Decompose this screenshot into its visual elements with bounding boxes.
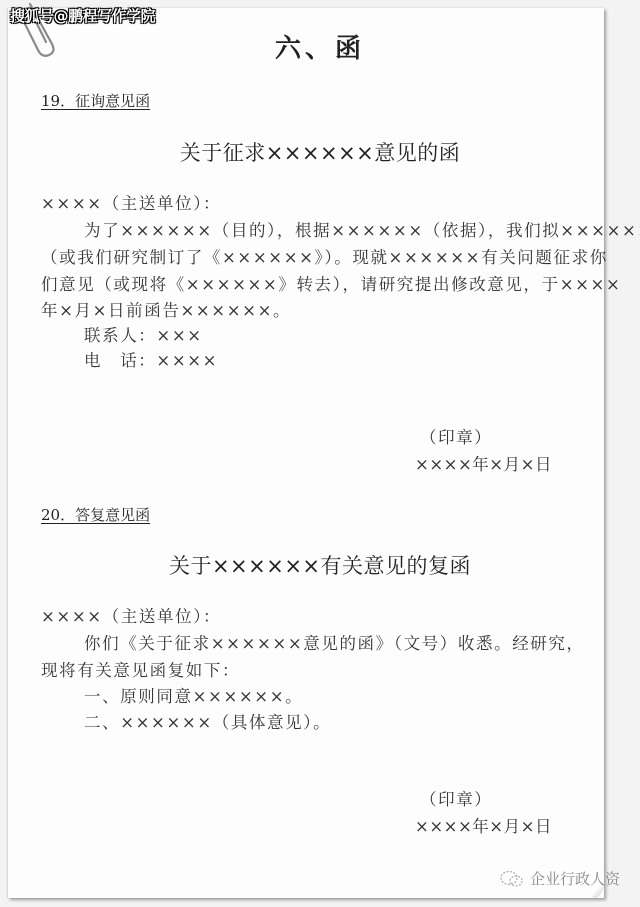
- section-heading-20: 20．答复意见函: [41, 504, 150, 525]
- salutation-19: ××××（主送单位）：: [41, 190, 221, 214]
- body-line: 为了××××××（目的），根据××××××（依据），我们拟××××××: [84, 217, 640, 241]
- body-line: 现将有关意见函复如下：: [41, 657, 240, 681]
- body-line: 们意见（或现将《××××××》转去），请研究提出修改意见，于××××: [41, 271, 621, 295]
- seal-20: （印章）: [420, 786, 492, 810]
- body-line: 年×月×日前函告××××××。: [41, 297, 291, 321]
- section-heading-19: 19．征询意见函: [41, 90, 150, 111]
- letter-title-20: 关于××××××有关意见的复函: [0, 550, 640, 580]
- date-20: ××××年×月×日: [415, 813, 552, 837]
- contact-person: 联系人：×××: [84, 322, 203, 346]
- date-19: ××××年×月×日: [415, 451, 552, 475]
- chapter-title: 六、函: [0, 28, 640, 65]
- body-line: 你们《关于征求××××××意见的函》（文号）收悉。经研究，: [84, 630, 585, 654]
- salutation-20: ××××（主送单位）：: [41, 603, 221, 627]
- letter-title-19: 关于征求××××××意见的函: [0, 137, 640, 167]
- wechat-icon: [500, 870, 524, 888]
- body-line: （或我们研究制订了《××××××》）。现就××××××有关问题征求你: [41, 244, 608, 268]
- footer-brand: 企业行政人资: [500, 868, 620, 889]
- source-watermark: 搜狐号@鹏程写作学院: [10, 5, 155, 26]
- list-item: 二、××××××（具体意见）。: [84, 709, 331, 733]
- contact-phone: 电 话：××××: [84, 347, 218, 371]
- list-item: 一、原则同意××××××。: [84, 683, 303, 707]
- seal-19: （印章）: [420, 424, 492, 448]
- footer-brand-label: 企业行政人资: [530, 868, 620, 889]
